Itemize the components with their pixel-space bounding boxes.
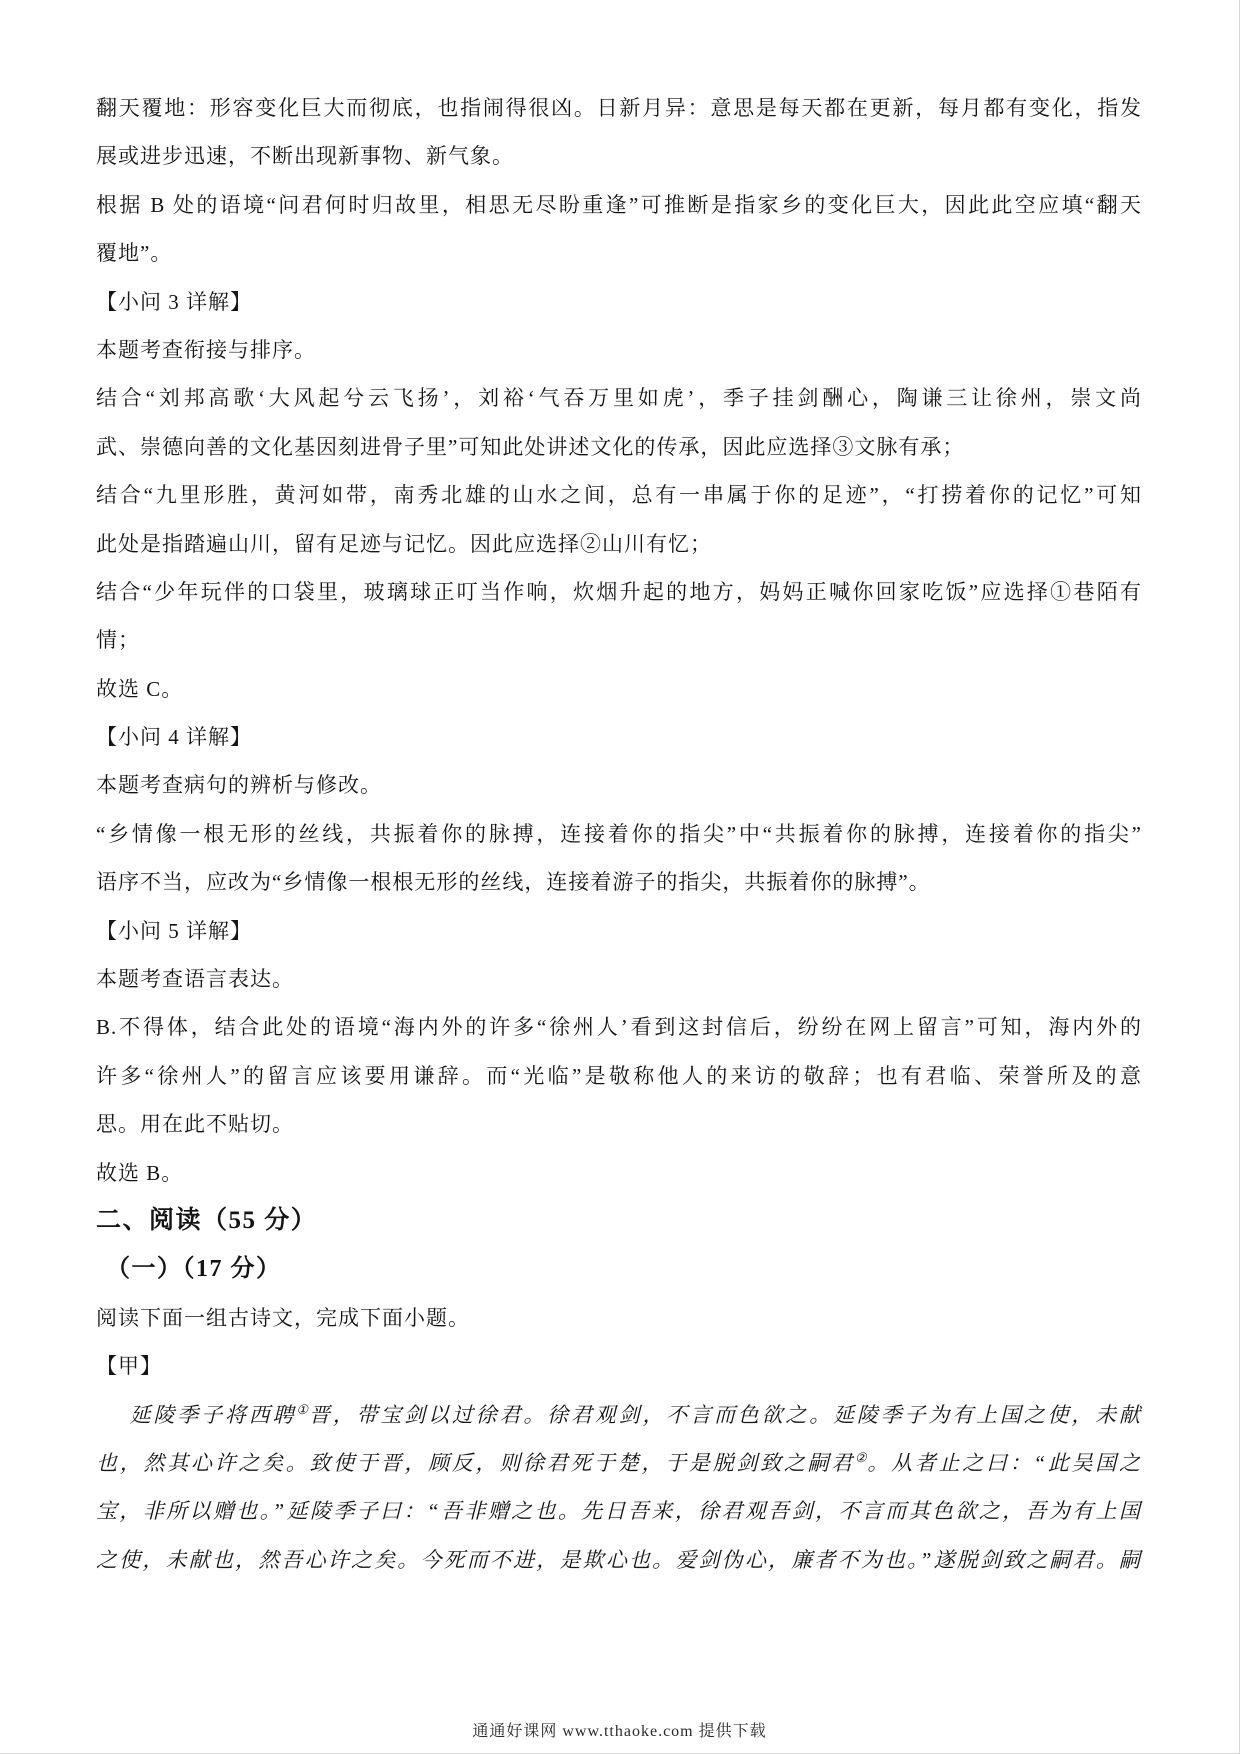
passage-label: 【甲】 bbox=[96, 1342, 1142, 1390]
doc-line: 结合“九里形胜，黄河如带，南秀北雄的山水之间，总有一串属于你的足迹”，“打捞着你… bbox=[96, 471, 1142, 519]
doc-line: 本题考查衔接与排序。 bbox=[96, 326, 1142, 374]
doc-line: 许多“徐州人”的留言应该要用谦辞。而“光临”是敬称他人的来访的敬辞；也有君临、荣… bbox=[96, 1052, 1142, 1100]
subquestion-heading: 【小问 4 详解】 bbox=[96, 713, 1142, 761]
doc-line: 故选 C。 bbox=[96, 665, 1142, 713]
passage-line: 延陵季子将西聘①晋，带宝剑以过徐君。徐君观剑，不言而色欲之。延陵季子为有上国之使… bbox=[96, 1391, 1142, 1439]
subquestion-heading: 【小问 3 详解】 bbox=[96, 278, 1142, 326]
passage-line: 之使，未献也，然吾心许之矣。今死而不进，是欺心也。爱剑伪心，廉者不为也。”遂脱剑… bbox=[96, 1536, 1142, 1584]
doc-line: 此处是指踏遍山川，留有足迹与记忆。因此应选择②山川有忆； bbox=[96, 520, 1142, 568]
doc-line: 覆地”。 bbox=[96, 229, 1142, 277]
subquestion-heading: 【小问 5 详解】 bbox=[96, 907, 1142, 955]
doc-line: 思。用在此不贴切。 bbox=[96, 1100, 1142, 1148]
doc-line: 情； bbox=[96, 616, 1142, 664]
passage-line: 宝，非所以赠也。”延陵季子曰：“吾非赠之也。先日吾来，徐君观吾剑，不言而其色欲之… bbox=[96, 1487, 1142, 1535]
passage-line: 也，然其心许之矣。致使于晋，顾反，则徐君死于楚，于是脱剑致之嗣君②。从者止之曰：… bbox=[96, 1439, 1142, 1487]
doc-line: 故选 B。 bbox=[96, 1149, 1142, 1197]
doc-line: 根据 B 处的语境“问君何时归故里，相思无尽盼重逢”可推断是指家乡的变化巨大，因… bbox=[96, 181, 1142, 229]
doc-line: 武、崇德向善的文化基因刻进骨子里”可知此处讲述文化的传承，因此应选择③文脉有承； bbox=[96, 423, 1142, 471]
footer-text: 通通好课网 www.tthaoke.com 提供下载 bbox=[0, 1718, 1239, 1741]
document-page: 翻天覆地：形容变化巨大而彻底，也指闹得很凶。日新月异：意思是每天都在更新，每月都… bbox=[0, 0, 1240, 1754]
doc-line: B.不得体，结合此处的语境“海内外的许多“徐州人’看到这封信后，纷纷在网上留言”… bbox=[96, 1003, 1142, 1051]
doc-line: 翻天覆地：形容变化巨大而彻底，也指闹得很凶。日新月异：意思是每天都在更新，每月都… bbox=[96, 84, 1142, 132]
subsection-heading: （一）（17 分） bbox=[96, 1245, 1142, 1293]
document-body: 翻天覆地：形容变化巨大而彻底，也指闹得很凶。日新月异：意思是每天都在更新，每月都… bbox=[96, 84, 1142, 1584]
doc-line: 阅读下面一组古诗文，完成下面小题。 bbox=[96, 1294, 1142, 1342]
doc-line: 语序不当，应改为“乡情像一根根无形的丝线，连接着游子的指尖，共振着你的脉搏”。 bbox=[96, 858, 1142, 906]
section-heading: 二、阅读（55 分） bbox=[96, 1197, 1142, 1245]
doc-line: 本题考查语言表达。 bbox=[96, 955, 1142, 1003]
doc-line: 展或进步迅速，不断出现新事物、新气象。 bbox=[96, 132, 1142, 180]
doc-line: 结合“刘邦高歌‘大风起兮云飞扬’，刘裕‘气吞万里如虎’，季子挂剑酬心，陶谦三让徐… bbox=[96, 374, 1142, 422]
doc-line: 结合“少年玩伴的口袋里，玻璃球正叮当作响，炊烟升起的地方，妈妈正喊你回家吃饭”应… bbox=[96, 568, 1142, 616]
doc-line: “乡情像一根无形的丝线，共振着你的脉搏，连接着你的指尖”中“共振着你的脉搏，连接… bbox=[96, 810, 1142, 858]
doc-line: 本题考查病句的辨析与修改。 bbox=[96, 761, 1142, 809]
